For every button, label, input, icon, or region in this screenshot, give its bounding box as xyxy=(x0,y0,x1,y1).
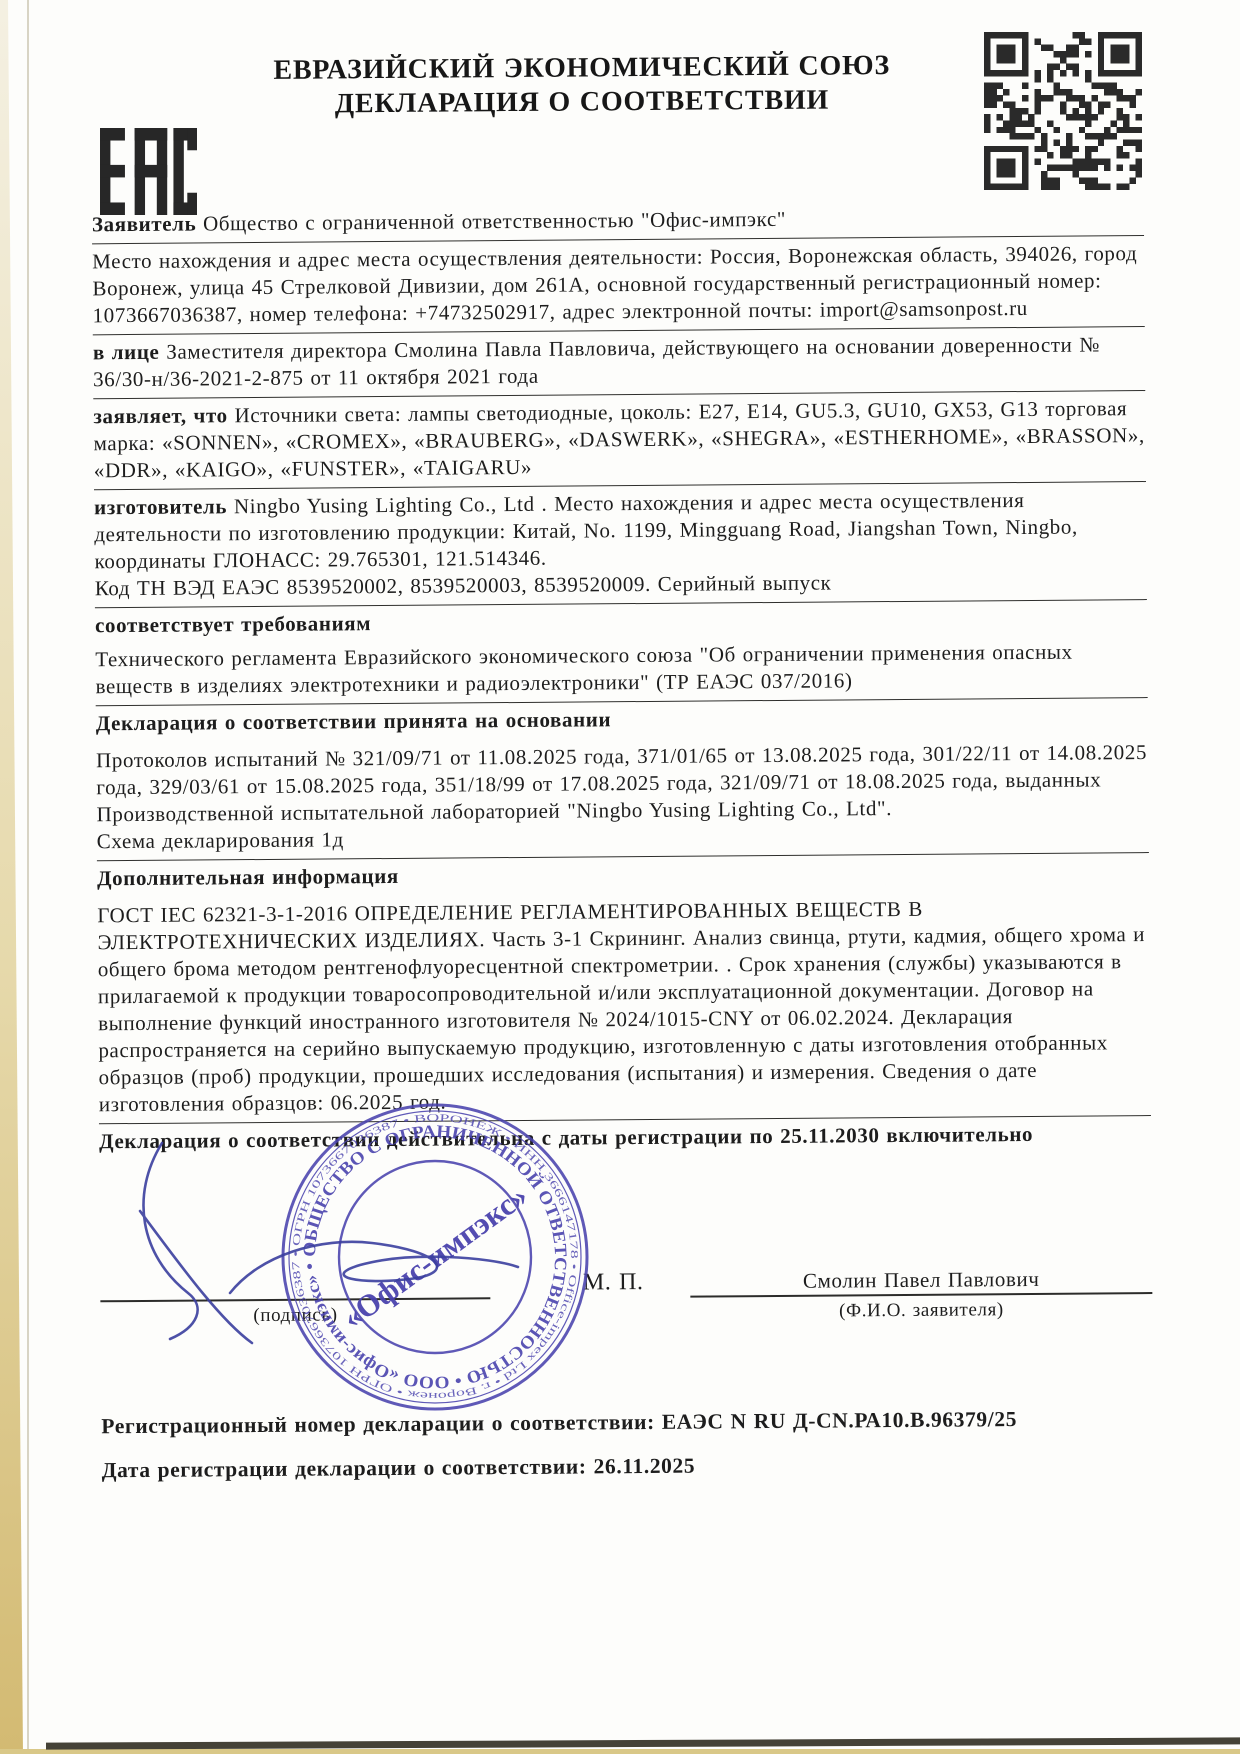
scan-bottom-edge xyxy=(0,1749,1240,1754)
in-person-line: в лице Заместителя директора Смолина Пав… xyxy=(93,331,1145,393)
registration-date-label: Дата регистрации декларации о соответств… xyxy=(102,1454,587,1482)
registration-number-label: Регистрационный номер декларации о соотв… xyxy=(101,1410,655,1438)
applicant-fio: Смолин Павел Павлович xyxy=(690,1265,1152,1296)
applicant-name-area: Смолин Павел Павлович (Ф.И.О. заявителя) xyxy=(690,1265,1152,1325)
document-body: ЕВРАЗИЙСКИЙ ЭКОНОМИЧЕСКИЙ СОЮЗ ДЕКЛАРАЦИ… xyxy=(90,35,1153,1484)
conforms-heading: соответствует требованиям xyxy=(95,604,1147,639)
signature-block: (подпись) М. П. Смолин Павел Павлович (Ф… xyxy=(100,1265,1152,1329)
registration-date-value: 26.11.2025 xyxy=(594,1454,696,1479)
in-person-value: Заместителя директора Смолина Павла Павл… xyxy=(93,332,1100,391)
page-fold-line xyxy=(27,0,29,1754)
manufacturer-line: изготовитель Ningbo Yusing Lighting Co.,… xyxy=(94,486,1147,575)
validity-line: Декларация о соответствии действительна … xyxy=(99,1120,1151,1155)
applicant-label: Заявитель xyxy=(92,211,196,236)
registration-number-value: ЕАЭС N RU Д-CN.РА10.В.96379/25 xyxy=(662,1407,1017,1434)
registration-number-line: Регистрационный номер декларации о соотв… xyxy=(101,1405,1153,1440)
in-person-label: в лице xyxy=(93,340,160,365)
eac-mark-icon xyxy=(100,128,197,215)
conforms-text: Технического регламента Евразийского эко… xyxy=(95,638,1147,700)
additional-text: ГОСТ IEC 62321-3-1-2016 ОПРЕДЕЛЕНИЕ РЕГЛ… xyxy=(97,894,1151,1118)
fio-caption: (Ф.И.О. заявителя) xyxy=(690,1297,1152,1325)
applicant-line: Заявитель Общество с ограниченной ответс… xyxy=(92,203,1144,238)
qr-code-icon xyxy=(984,32,1142,190)
basis-heading: Декларация о соответствии принята на осн… xyxy=(96,702,1148,737)
applicant-value: Общество с ограниченной ответственностью… xyxy=(203,207,786,236)
declares-label: заявляет, что xyxy=(93,403,227,428)
title-line-2: ДЕКЛАРАЦИЯ О СООТВЕТСТВИИ xyxy=(91,82,1073,124)
page-bottom-shadow xyxy=(46,1737,1240,1749)
signature-caption: (подпись) xyxy=(100,1302,490,1329)
basis-text: Протоколов испытаний № 321/09/71 от 11.0… xyxy=(96,739,1149,828)
manufacturer-label: изготовитель xyxy=(94,494,227,519)
applicant-address: Место нахождения и адрес места осуществл… xyxy=(92,240,1145,329)
declaration-document: ЕВРАЗИЙСКИЙ ЭКОНОМИЧЕСКИЙ СОЮЗ ДЕКЛАРАЦИ… xyxy=(0,0,1240,1754)
manufacturer-value: Ningbo Yusing Lighting Co., Ltd . Место … xyxy=(94,488,1078,573)
registration-date-line: Дата регистрации декларации о соответств… xyxy=(102,1449,1154,1484)
declares-line: заявляет, что Источники света: лампы све… xyxy=(93,395,1146,484)
declares-value: Источники света: лампы светодиодные, цок… xyxy=(94,396,1145,482)
signature-area: (подпись) xyxy=(100,1270,490,1329)
stamp-place-label: М. П. xyxy=(490,1269,690,1298)
scan-left-edge xyxy=(0,0,26,1754)
additional-heading: Дополнительная информация xyxy=(97,857,1149,892)
